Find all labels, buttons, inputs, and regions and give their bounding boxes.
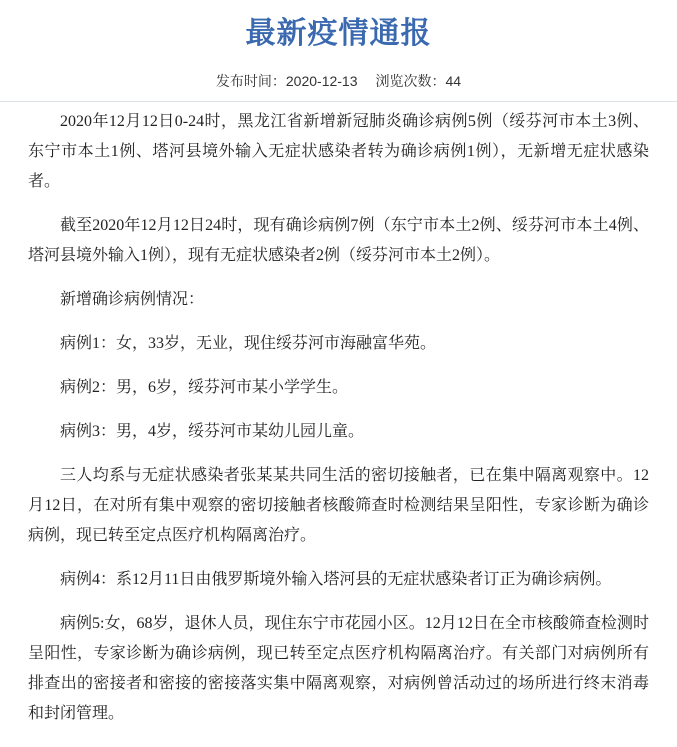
- article-paragraph-case-1: 病例1：女，33岁，无业，现住绥芬河市海融富华苑。: [28, 329, 649, 359]
- article-paragraph-cases-1-3-detail: 三人均系与无症状感染者张某某共同生活的密切接触者，已在集中隔离观察中。12月12…: [28, 461, 649, 551]
- article-paragraph-case-3: 病例3：男，4岁，绥芬河市某幼儿园儿童。: [28, 417, 649, 447]
- article-paragraph-summary-existing-cases: 截至2020年12月12日24时，现有确诊病例7例（东宁市本土2例、绥芬河市本土…: [28, 211, 649, 271]
- article-paragraph-case-4: 病例4：系12月11日由俄罗斯境外输入塔河县的无症状感染者订正为确诊病例。: [28, 565, 649, 595]
- views-count: 44: [446, 73, 462, 89]
- article-meta: 发布时间：2020-12-13浏览次数：44: [0, 72, 677, 90]
- epidemic-bulletin-page: 最新疫情通报 发布时间：2020-12-13浏览次数：44 2020年12月12…: [0, 0, 677, 747]
- article-paragraph-case-2: 病例2：男，6岁，绥芬河市某小学学生。: [28, 373, 649, 403]
- article-paragraph-summary-new-cases: 2020年12月12日0-24时，黑龙江省新增新冠肺炎确诊病例5例（绥芬河市本土…: [28, 107, 649, 197]
- publish-time-value: 2020-12-13: [286, 73, 358, 89]
- page-title: 最新疫情通报: [0, 16, 677, 52]
- article-body: 2020年12月12日0-24时，黑龙江省新增新冠肺炎确诊病例5例（绥芬河市本土…: [0, 107, 677, 747]
- article-header: 最新疫情通报 发布时间：2020-12-13浏览次数：44: [0, 16, 677, 90]
- article-paragraph-case-5: 病例5:女，68岁，退休人员，现住东宁市花园小区。12月12日在全市核酸筛查检测…: [28, 609, 649, 729]
- header-divider: [0, 101, 677, 102]
- article-paragraph-section-heading: 新增确诊病例情况：: [28, 285, 649, 315]
- publish-time-label: 发布时间：: [216, 73, 286, 89]
- views-label: 浏览次数：: [376, 73, 446, 89]
